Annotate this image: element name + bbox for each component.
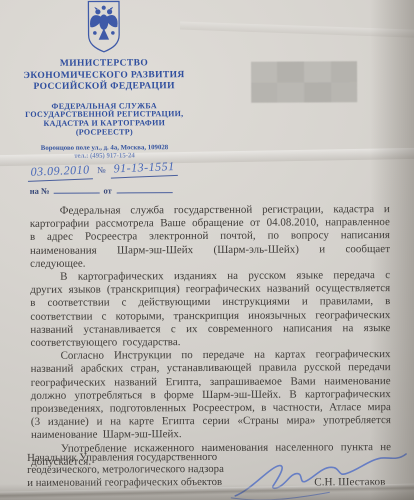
reply-from-label: от <box>103 185 111 195</box>
redacted-area <box>251 61 357 103</box>
letter-page: МИНИСТЕРСТВО ЭКОНОМИЧЕСКОГО РАЗВИТИЯ РОС… <box>0 0 414 500</box>
agency-line: (РОСРЕЕСТР) <box>5 128 203 138</box>
coat-of-arms-icon <box>84 0 124 54</box>
body-paragraph: Согласно Инструкции по передаче на карта… <box>31 348 391 442</box>
reply-prefix-label: на № <box>30 186 50 196</box>
reply-reference-row: на №от <box>30 184 173 196</box>
signer-position-line: геодезического, метрологического надзора <box>27 463 224 476</box>
signer-position-line: Начальник Управления государственного <box>27 451 224 464</box>
ministry-line: РОССИЙСКОЙ ФЕДЕРАЦИИ <box>5 81 203 94</box>
document-photo: МИНИСТЕРСТВО ЭКОНОМИЧЕСКОГО РАЗВИТИЯ РОС… <box>0 0 414 500</box>
reply-date-blank <box>117 184 173 193</box>
photo-shadow-right <box>370 0 414 500</box>
photo-shadow-bottom <box>0 484 414 500</box>
agency-title: ФЕДЕРАЛЬНАЯ СЛУЖБА ГОСУДАРСТВЕННОЙ РЕГИС… <box>5 102 203 138</box>
redacted-mosaic-row <box>251 61 357 82</box>
redacted-mosaic-row <box>251 82 357 103</box>
number-sign: № <box>96 165 107 175</box>
body-paragraph: В картографических изданиях на русском я… <box>30 269 390 350</box>
body-paragraph: Федеральная служба государственной регис… <box>30 203 390 271</box>
reply-number-blank <box>53 185 99 194</box>
ministry-title: МИНИСТЕРСТВО ЭКОНОМИЧЕСКОГО РАЗВИТИЯ РОС… <box>5 58 203 94</box>
letter-body: Федеральная служба государственной регис… <box>30 203 391 469</box>
letterhead: МИНИСТЕРСТВО ЭКОНОМИЧЕСКОГО РАЗВИТИЯ РОС… <box>5 0 204 161</box>
